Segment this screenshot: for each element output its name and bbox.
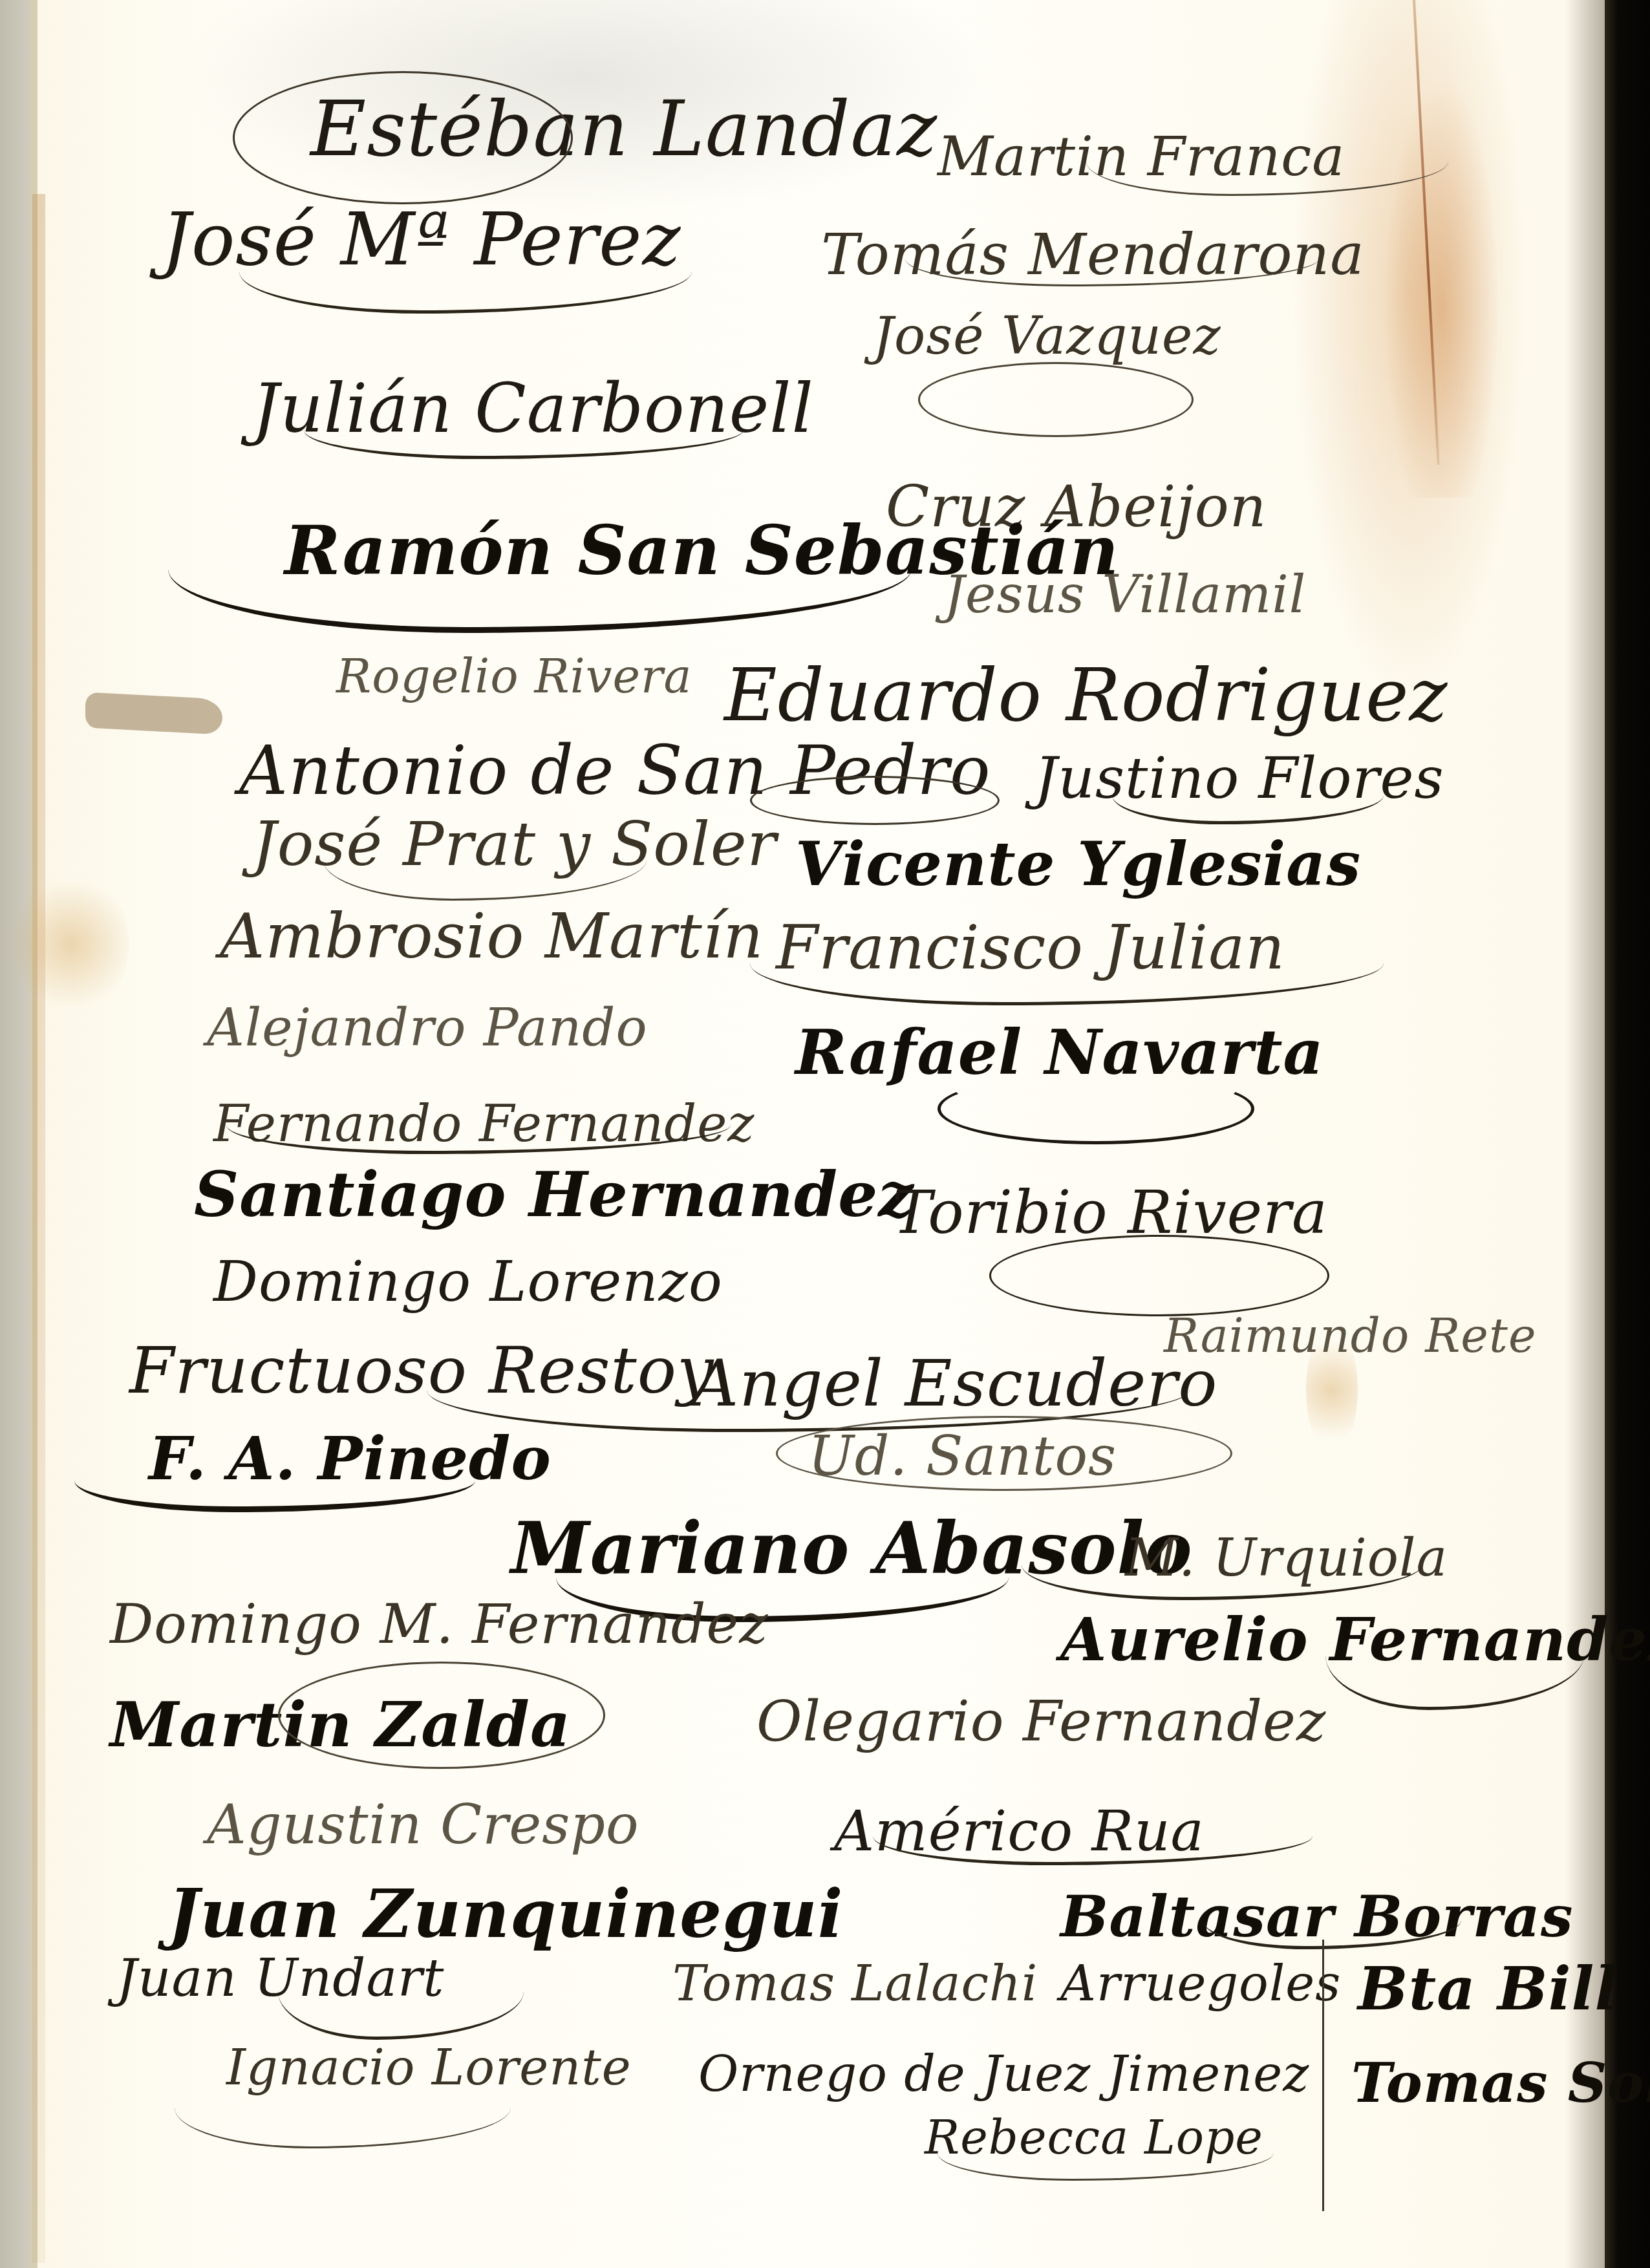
signature: Arruegoles <box>1060 1959 1341 2008</box>
signature-flourish <box>1022 1565 1422 1600</box>
signature: Santiago Hernandez <box>194 1164 914 1226</box>
signature-flourish <box>304 430 744 459</box>
signature: Ornego de Juez Jimenez <box>698 2049 1309 2099</box>
rust-stain <box>1384 78 1500 498</box>
signature-flourish <box>74 1481 475 1512</box>
signature-flourish <box>937 2153 1274 2181</box>
signature: Agustin Crespo <box>207 1797 639 1852</box>
signature: Bta Bill <box>1358 1959 1618 2018</box>
signature: Jesus Villamil <box>944 569 1306 621</box>
signature: F. A. Pinedo <box>149 1429 552 1488</box>
signature-flourish <box>750 776 1000 825</box>
signature: Domingo M. Fernandez <box>110 1597 769 1651</box>
signature-flourish <box>278 1991 524 2040</box>
scan-right-border <box>1605 0 1650 2268</box>
signature: Olegario Fernandez <box>756 1694 1326 1749</box>
signature: Toribio Rivera <box>892 1183 1328 1243</box>
signature-flourish <box>278 1662 605 1769</box>
signature-flourish <box>233 71 573 204</box>
signature: Vicente Yglesias <box>795 834 1361 895</box>
signature-flourish <box>989 1235 1329 1316</box>
signature: Tomas Lalachi <box>672 1959 1038 2008</box>
signature: Juan Zunquinegui <box>168 1881 843 1947</box>
signature: José Vazquez <box>873 310 1221 362</box>
ruled-divider <box>1322 1940 1324 2211</box>
signature: Raimundo Rete <box>1164 1312 1537 1359</box>
signature-flourish <box>776 1416 1232 1491</box>
signature-flourish <box>1112 795 1384 824</box>
signature-flourish <box>168 569 912 633</box>
water-spot <box>13 873 129 1015</box>
signature-flourish <box>918 362 1194 437</box>
signature: Rogelio Rivera <box>336 653 692 700</box>
signature-flourish <box>1325 1655 1584 1710</box>
signature: Ignacio Lorente <box>226 2043 632 2092</box>
signature: Ambrosio Martín <box>220 905 764 967</box>
signature-flourish <box>239 272 692 314</box>
signature: Eduardo Rodriguez <box>724 659 1448 732</box>
page-edge-discoloration <box>32 194 45 2263</box>
signature-flourish <box>323 860 647 901</box>
signature-flourish <box>937 1073 1254 1144</box>
signature-flourish <box>175 2108 511 2148</box>
signature: José Mª Perez <box>162 204 681 276</box>
document-page: Estéban Landaz Martin Franca José Mª Per… <box>0 0 1650 2268</box>
ink-stain <box>85 692 222 734</box>
signature: Alejandro Pando <box>207 1002 648 1054</box>
signature: Domingo Lorenzo <box>213 1254 723 1310</box>
signature-flourish <box>750 963 1384 1005</box>
signature: Tomas Solac <box>1351 2056 1650 2110</box>
